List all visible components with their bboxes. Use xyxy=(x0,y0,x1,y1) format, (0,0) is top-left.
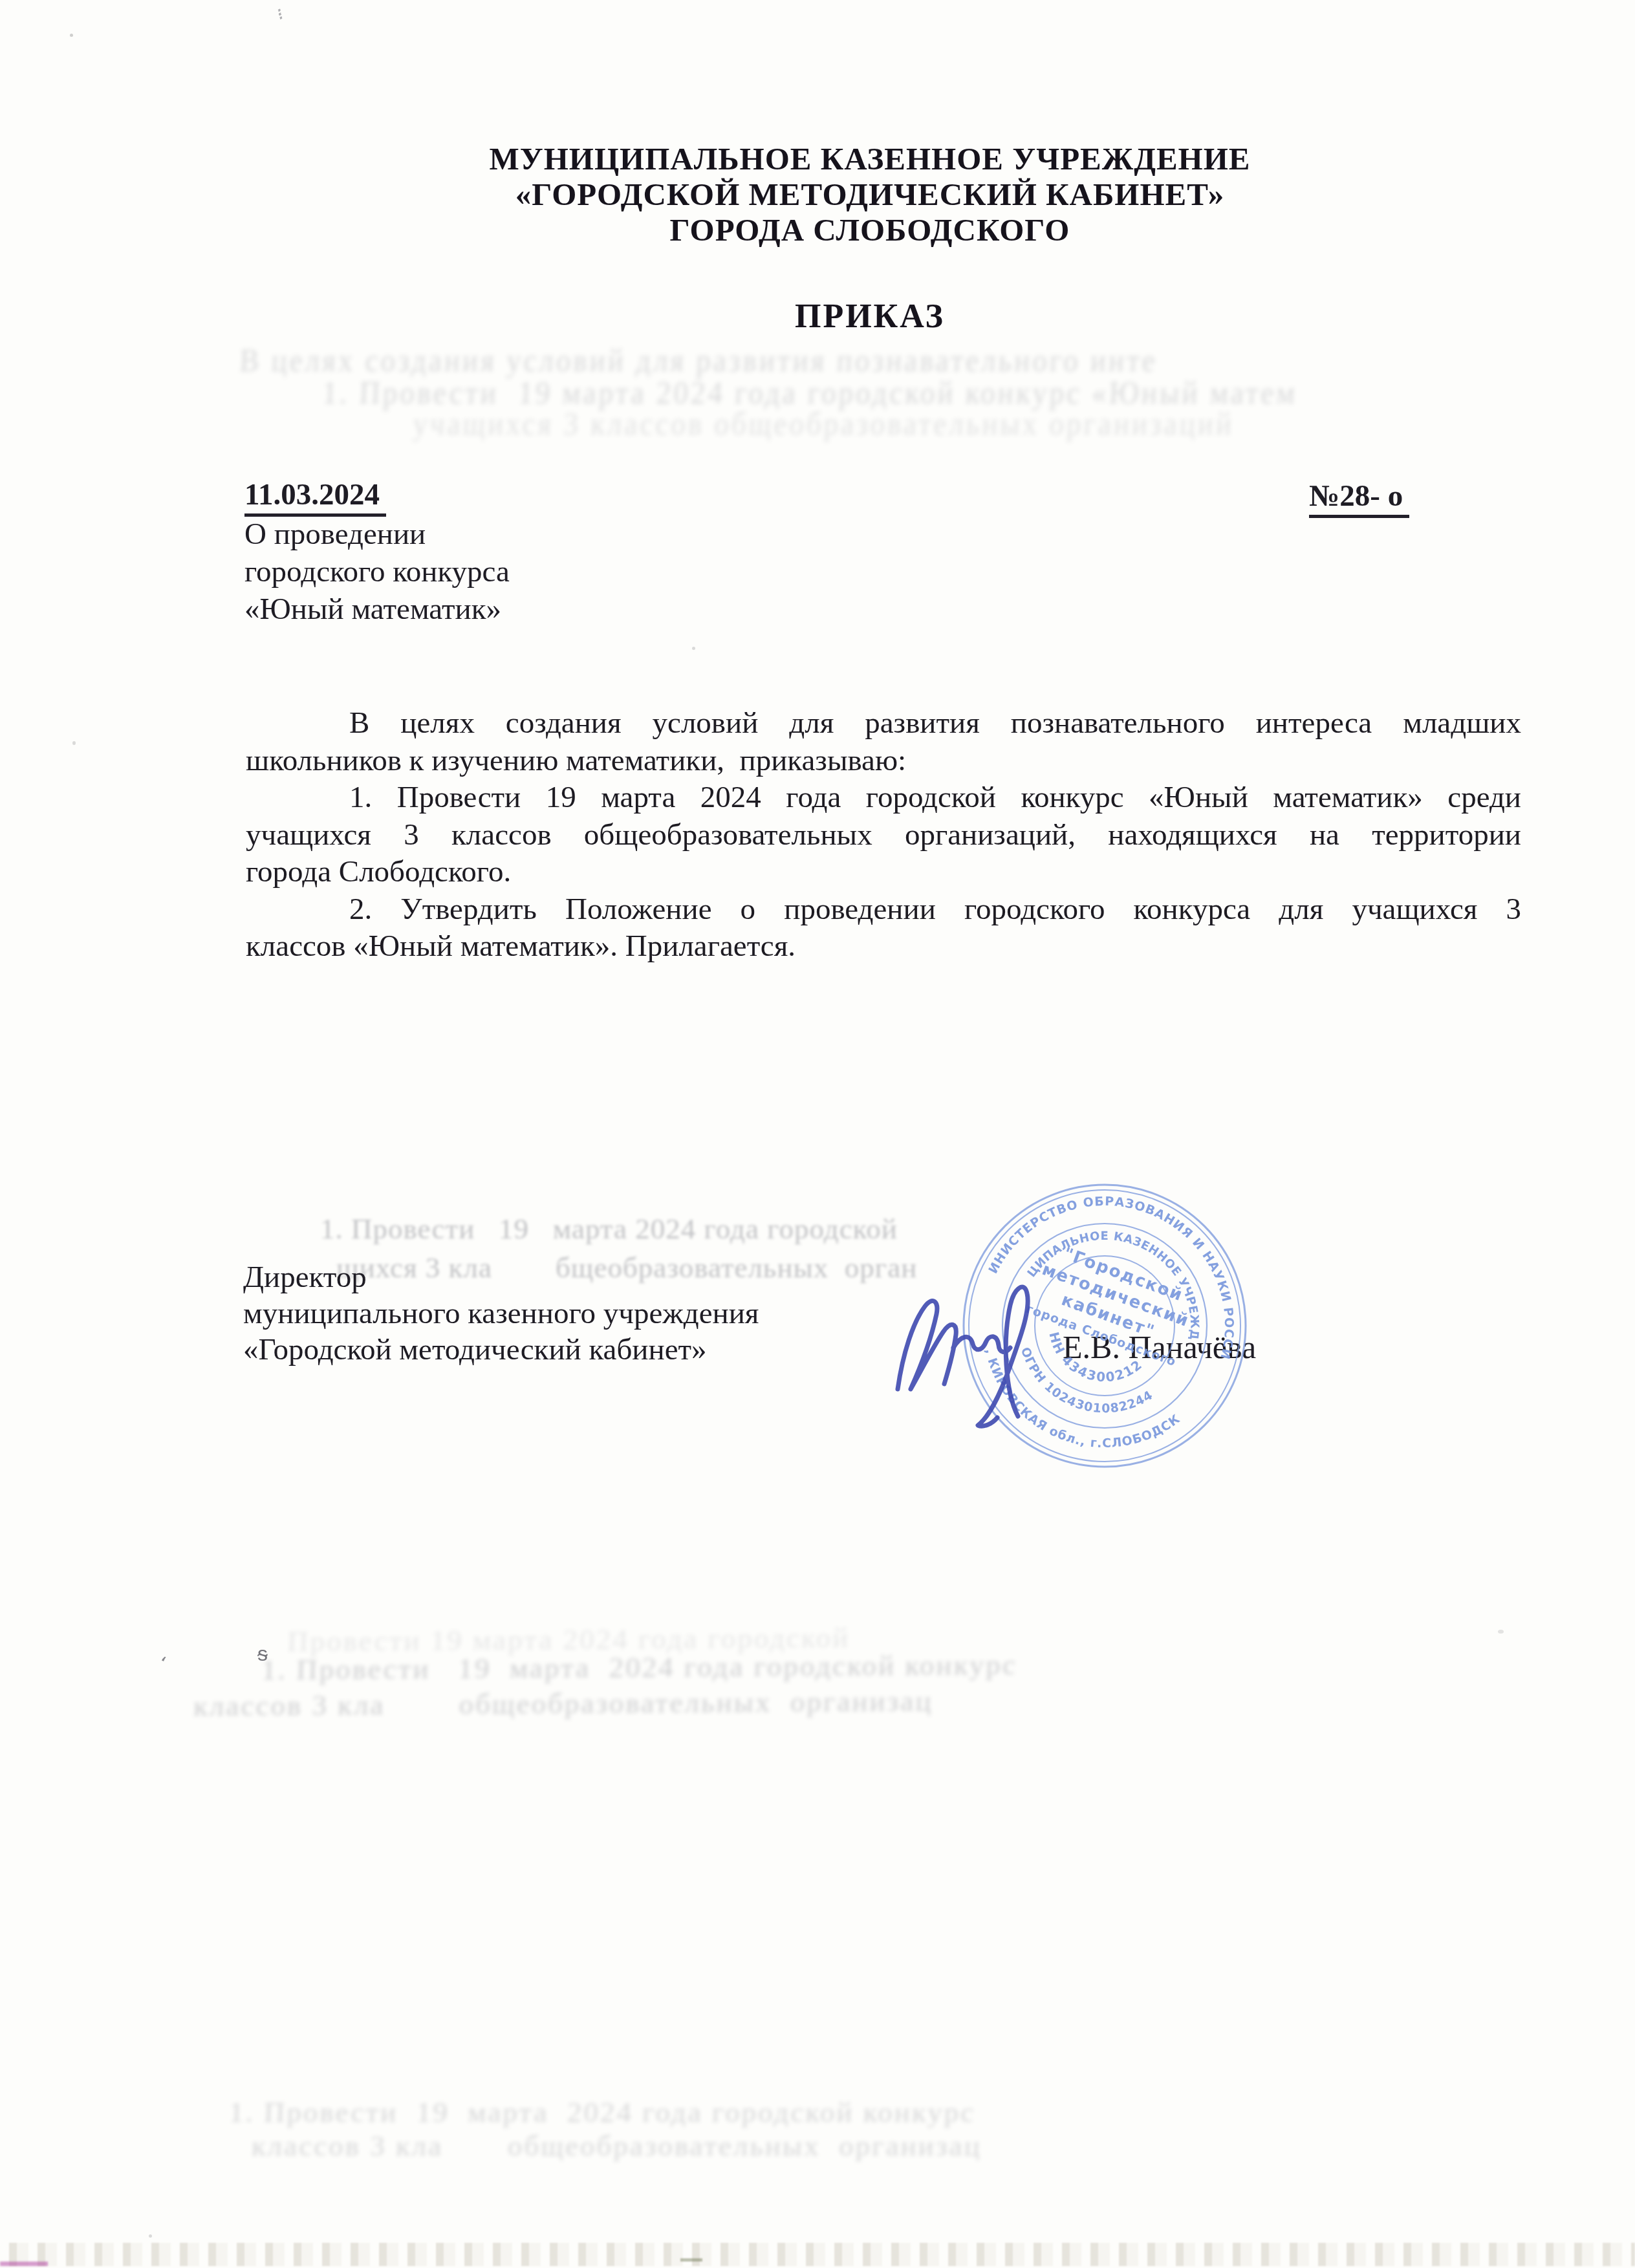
ghost-text: 1. Провести 19 марта 2024 года городской… xyxy=(321,374,1298,411)
scan-speck xyxy=(1498,1630,1504,1634)
order-number: №28- о xyxy=(1309,479,1409,513)
director-org-line: «Городской методический кабинет» xyxy=(243,1332,707,1368)
ghost-text: классов 3 кла общеобразовательных органи… xyxy=(193,1684,934,1723)
scan-speck xyxy=(70,34,73,37)
body-line: 2. Утвердить Положение о проведении горо… xyxy=(349,891,1521,927)
ghost-text: классов 3 кла общеобразовательных органи… xyxy=(251,2129,982,2163)
subject-line-2: городского конкурса xyxy=(244,554,510,590)
ghost-text: учащихся 3 классов общеобразовательных о… xyxy=(412,405,1235,442)
body-line: 1. Провести 19 марта 2024 года городской… xyxy=(349,779,1521,815)
director-title-line: Директор xyxy=(243,1260,367,1295)
body-line: классов «Юный математик». Прилагается. xyxy=(246,928,796,964)
director-org-line: муниципального казенного учреждения xyxy=(243,1296,759,1332)
ghost-text: 1. Провести 19 марта 2024 года городской xyxy=(320,1212,898,1246)
subject-line-3: «Юный математик» xyxy=(244,592,501,627)
scan-speck: ᵴ xyxy=(257,1641,268,1666)
scan-speck xyxy=(692,647,695,650)
scan-speck: ᎒ xyxy=(276,3,284,25)
ghost-text: 1. Провести 19 марта 2024 года городской… xyxy=(228,2095,976,2129)
org-name-line-1: МУНИЦИПАЛЬНОЕ КАЗЕННОЕ УЧРЕЖДЕНИЕ xyxy=(223,141,1517,177)
scan-speck xyxy=(72,741,76,745)
doc-type-title: ПРИКАЗ xyxy=(223,297,1517,336)
body-line: В целях создания условий для развития по… xyxy=(349,705,1521,741)
scan-edge-artifact xyxy=(0,2262,48,2266)
order-date-value: 11.03.2024 xyxy=(244,478,386,517)
ghost-text: щихся 3 кла бщеобразовательных орган xyxy=(336,1251,917,1284)
body-line: школьников к изучению математики, приказ… xyxy=(246,742,906,779)
subject-line-1: О проведении xyxy=(244,517,426,552)
ghost-text: В целях создания условий для развития по… xyxy=(239,341,1158,379)
order-date: 11.03.2024 xyxy=(244,477,386,512)
ghost-text: 1. Провести 19 марта 2024 года городской… xyxy=(261,1648,1018,1687)
scan-bottom-edge xyxy=(0,2243,1635,2266)
handwritten-signature xyxy=(891,1262,1040,1434)
org-name-line-2: «ГОРОДСКОЙ МЕТОДИЧЕСКИЙ КАБИНЕТ» xyxy=(223,177,1517,212)
scanned-order-document: МУНИЦИПАЛЬНОЕ КАЗЕННОЕ УЧРЕЖДЕНИЕ «ГОРОД… xyxy=(0,0,1635,2268)
body-line: учащихся 3 классов общеобразовательных о… xyxy=(246,817,1521,853)
body-line: города Слободского. xyxy=(246,854,511,890)
org-name-line-3: ГОРОДА СЛОБОДСКОГО xyxy=(223,212,1517,248)
scan-speck: ʻ xyxy=(156,1652,169,1676)
scan-edge-artifact xyxy=(680,2258,702,2262)
ghost-text: Провести 19 марта 2024 года городской xyxy=(287,1621,850,1658)
order-number-value: №28- о xyxy=(1309,479,1409,518)
scan-speck xyxy=(149,2234,152,2238)
